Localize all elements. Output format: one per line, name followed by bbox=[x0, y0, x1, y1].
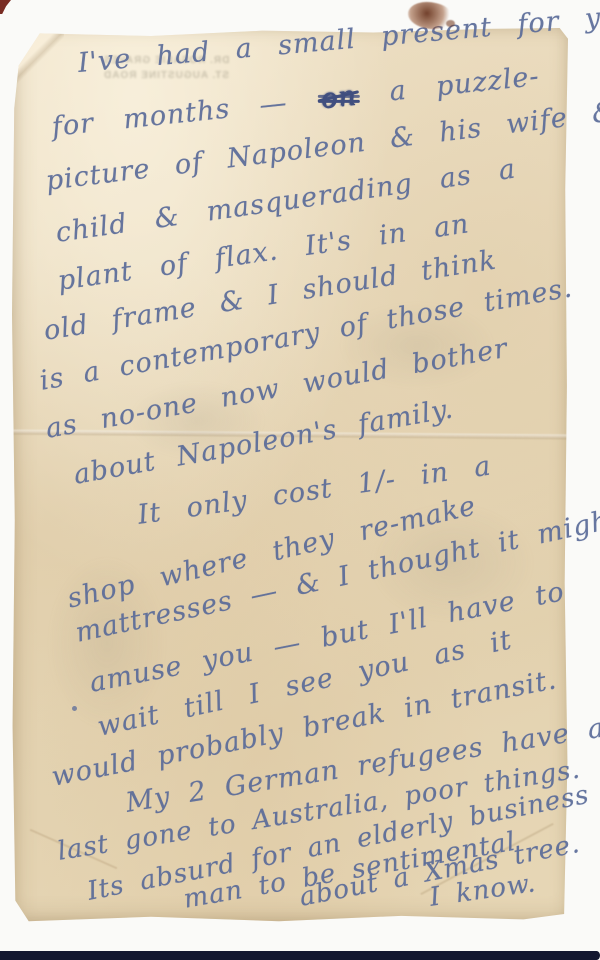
crossed-out-word: on bbox=[319, 80, 358, 115]
letter-lines: I've had a small present for youfor mont… bbox=[0, 0, 600, 960]
scan-bottom-band bbox=[0, 951, 600, 960]
letter-text-segment: a puzzle- bbox=[359, 61, 541, 111]
paper-stain-dot bbox=[446, 20, 455, 27]
letter-text-segment: for months — bbox=[50, 84, 318, 143]
scan-canvas: DR. ROSALIE GRAVES ST. AUGUSTINE ROAD I'… bbox=[0, 0, 600, 960]
stray-ink-dot bbox=[72, 706, 77, 711]
